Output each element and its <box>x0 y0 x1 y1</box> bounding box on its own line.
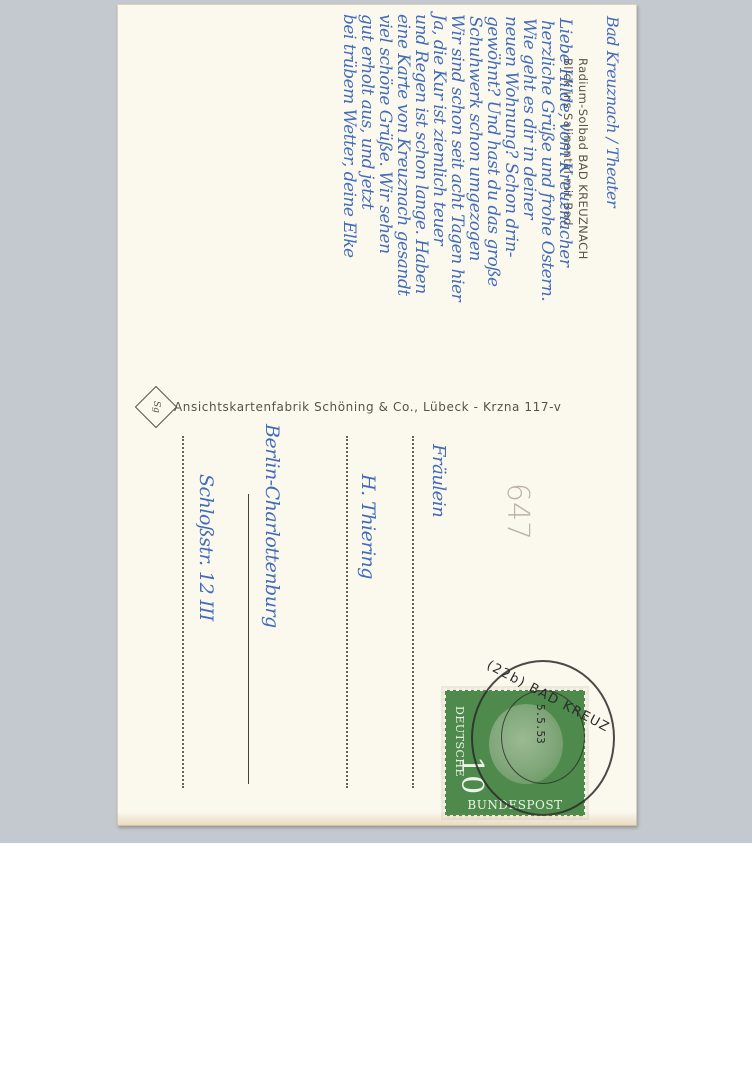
handwriting-line: Wie geht es dir in deiner <box>519 18 539 219</box>
handwriting-line: Wir sind schon seit acht Tagen hier <box>447 14 467 301</box>
address-street: Schloßstr. 12 III <box>195 474 217 621</box>
publisher-imprint: Ansichtskartenfabrik Schöning & Co., Lüb… <box>174 400 561 414</box>
handwriting-line: Ja, die Kur ist ziemlich teuer <box>429 14 449 245</box>
handwriting-line: und Regen ist schon lange. Haben <box>411 14 431 294</box>
handwriting-line: Schuhwerk schon umgezogen <box>465 16 485 261</box>
address-line <box>182 436 184 788</box>
postmark-date: 5.5.53 <box>534 704 547 744</box>
publisher-logo-icon: Sg <box>135 386 177 428</box>
handwriting-line: bei trübem Wetter, deine Elke <box>339 14 359 258</box>
address-line <box>346 436 348 788</box>
address-recipient-name: H. Thiering <box>357 474 379 579</box>
address-recipient-title: Fräulein <box>428 444 449 517</box>
handwriting-line: eine Karte von Kreuznach gesandt <box>393 14 413 296</box>
handwriting-line: gewöhnt? Und hast du das große <box>483 16 503 287</box>
handwriting-line: herzliche Grüße und frohe Ostern. <box>537 20 557 301</box>
address-city: Berlin-Charlottenburg <box>261 424 283 628</box>
caption-title: Radium-Solbad BAD KREUZNACH <box>576 58 590 260</box>
address-line <box>412 436 414 788</box>
handwriting-line: gut erholt aus, und jetzt <box>357 14 377 209</box>
pencil-note: 647 <box>500 483 535 540</box>
address-line-underline <box>248 494 249 784</box>
handwriting-line: neuen Wohnung? Schon drin- <box>501 16 521 257</box>
postcard: Radium-Solbad BAD KREUZNACH Blick ins Sa… <box>117 4 637 826</box>
margin-note: Bad Kreuznach / Theater <box>603 16 622 207</box>
handwriting-line: Liebe Hilde, vom Kreuznacher <box>555 18 575 266</box>
handwriting-line: viel schöne Grüße. Wir sehen <box>375 14 395 254</box>
